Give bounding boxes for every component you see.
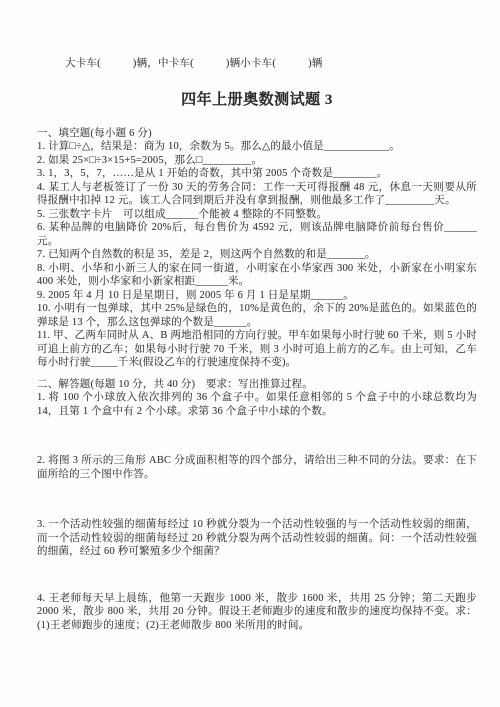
question: 10. 小明有一包弹球，其中 25%是绿色的，10%是黄色的，余下的 20%是蓝… [37, 302, 477, 329]
section-2-heading: 二、解答题(每题 10 分，共 40 分) 要求：写出推算过程。 [37, 378, 477, 392]
section-2-questions: 1. 将 100 个小球放入依次排列的 36 个盒子中。如果任意相邻的 5 个盒… [37, 391, 477, 632]
question: 3. 1，3，5，7，……是从 1 开始的奇数，其中第 2005 个奇数是___… [37, 167, 477, 181]
document-content: 大卡车( )辆，中卡车( )辆小卡车( )辆 四年上册奥数测试题 3 一、填空题… [37, 57, 477, 632]
question: 2. 将图 3 所示的三角形 ABC 分成面积相等的四个部分，请给出三种不同的分… [37, 454, 477, 481]
question: 8. 小明、小华和小新三人的家在同一街道，小明家在小华家西 300 米处，小新家… [37, 262, 477, 289]
question: 1. 将 100 个小球放入依次排列的 36 个盒子中。如果任意相邻的 5 个盒… [37, 391, 477, 418]
truck-fill-blank-line: 大卡车( )辆，中卡车( )辆小卡车( )辆 [65, 57, 477, 71]
section-1-questions: 1. 计算□÷△，结果是：商为 10，余数为 5。那么△的最小值是_______… [37, 140, 477, 370]
section-1-heading: 一、填空题(每小题 6 分) [37, 127, 477, 141]
question: 7. 已知两个自然数的积是 35，差是 2，则这两个自然数的和是_______。 [37, 248, 477, 262]
question: 9. 2005 年 4 月 10 日是星期日，则 2005 年 6 月 1 日是… [37, 289, 477, 303]
question: 1. 计算□÷△，结果是：商为 10，余数为 5。那么△的最小值是_______… [37, 140, 477, 154]
question: 4. 王老师每天早上晨练，他第一天跑步 1000 米，散步 1600 米，共用 … [37, 592, 477, 633]
question: 6. 某种品牌的电脑降价 20%后，每台售价为 4592 元，则该品牌电脑降价前… [37, 221, 477, 248]
question: 2. 如果 25×□÷3×15+5=2005，那么□_________。 [37, 154, 477, 168]
test-paper-page: 大卡车( )辆，中卡车( )辆小卡车( )辆 四年上册奥数测试题 3 一、填空题… [0, 0, 500, 707]
question: 3. 一个活动性较强的细菌每经过 10 秒就分裂为一个活动性较强的与一个活动性较… [37, 518, 477, 559]
question: 11. 甲、乙两车同时从 A、B 两地沿相同的方向行驶。甲车如果每小时行驶 60… [37, 329, 477, 370]
page-title: 四年上册奥数测试题 3 [37, 92, 477, 108]
question: 4. 某工人与老板签订了一份 30 天的劳务合同：工作一天可得报酬 48 元，休… [37, 181, 477, 208]
question: 5. 三张数字卡片 可以组成______个能被 4 整除的不同整数。 [37, 208, 477, 222]
